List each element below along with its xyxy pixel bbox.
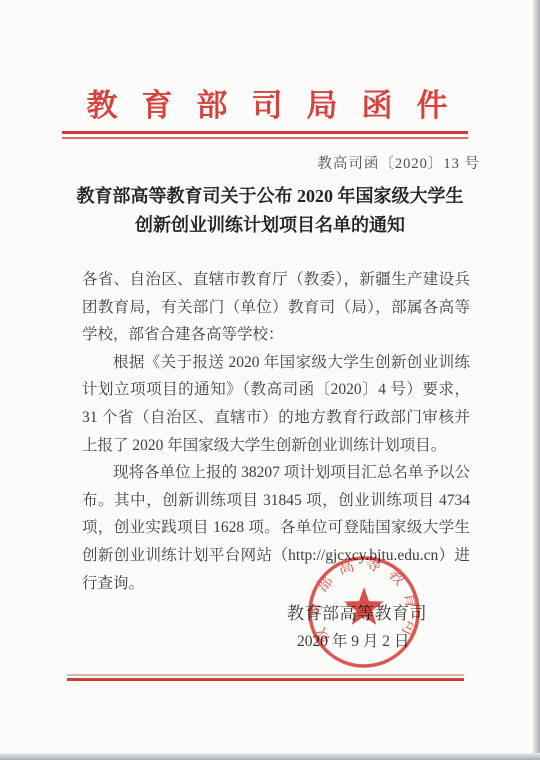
- paragraph-basis: 根据《关于报送 2020 年国家级大学生创新创业训练计划立项项目的通知》（教高司…: [82, 349, 470, 459]
- scan-edge-bottom: [0, 753, 540, 760]
- scan-edge-right: [533, 0, 540, 760]
- paragraph-recipients: 各省、自治区、直辖市教育厅（教委），新疆生产建设兵团教育局，有关部门（单位）教育…: [82, 266, 470, 349]
- scanned-official-letter: 教育部司局函件 教高司函〔2020〕13 号 教育部高等教育司关于公布 2020…: [0, 0, 540, 760]
- letterhead-rule-thin: [62, 137, 468, 139]
- footer-rule-thin: [67, 674, 464, 676]
- document-title-line1: 教育部高等教育司关于公布 2020 年国家级大学生: [40, 182, 500, 211]
- letterhead-title: 教育部司局函件: [0, 80, 534, 125]
- letterhead-rule-thick: [62, 131, 468, 134]
- document-title: 教育部高等教育司关于公布 2020 年国家级大学生 创新创业训练计划项目名单的通…: [40, 182, 500, 240]
- document-title-line2: 创新创业训练计划项目名单的通知: [40, 211, 500, 240]
- official-seal: 教育部高等教育司: [304, 552, 424, 672]
- document-number: 教高司函〔2020〕13 号: [62, 152, 480, 173]
- letter-body: 各省、自治区、直辖市教育厅（教委），新疆生产建设兵团教育局，有关部门（单位）教育…: [82, 266, 470, 597]
- seal-star-icon: [344, 587, 384, 625]
- footer-rule-thick: [67, 678, 464, 681]
